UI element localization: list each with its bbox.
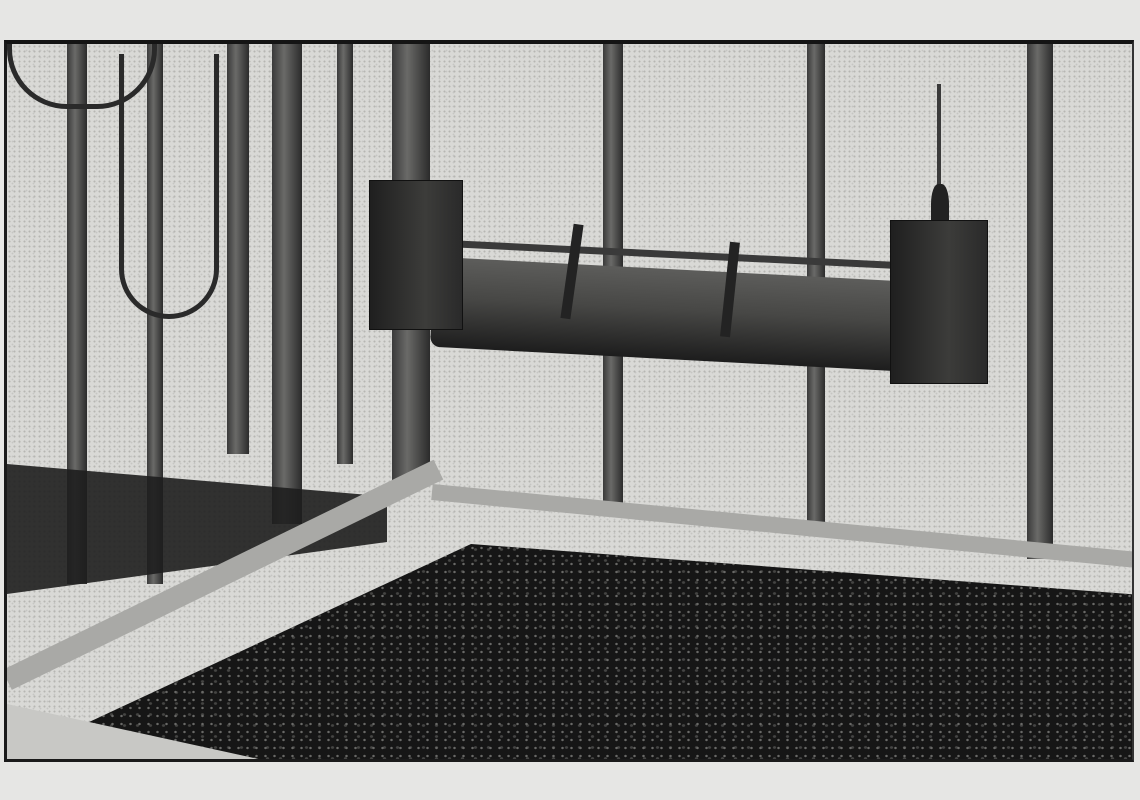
post xyxy=(272,44,302,524)
post xyxy=(1027,44,1053,559)
post xyxy=(227,44,249,454)
hanging-wire xyxy=(937,84,941,194)
end-block-right xyxy=(890,220,988,384)
newspaper-photo xyxy=(4,40,1134,762)
post xyxy=(337,44,353,464)
end-block-left xyxy=(369,180,463,330)
